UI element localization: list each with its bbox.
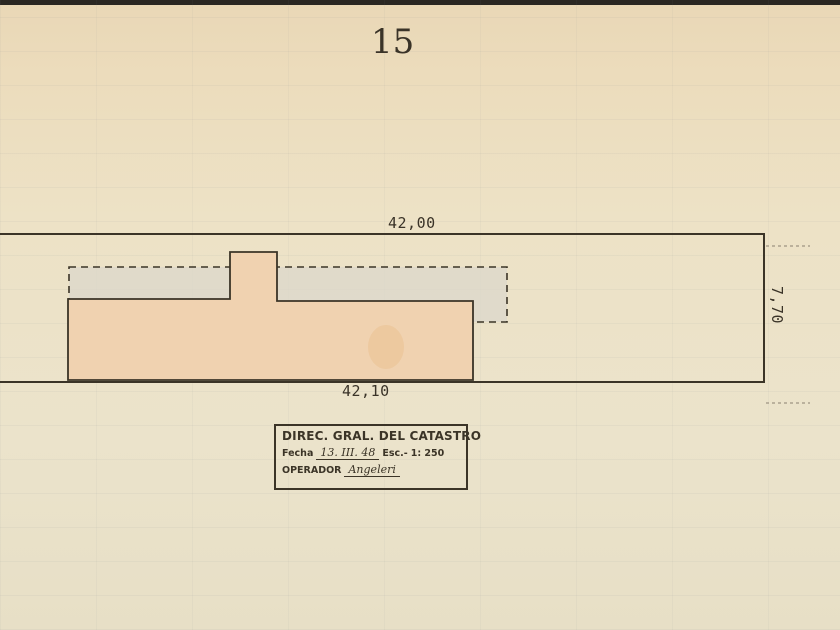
top-frontage-dimension: 42,00 [388, 214, 436, 232]
fecha-value: 13. III. 48 [316, 446, 379, 460]
escala-label: Esc.- [382, 448, 407, 459]
operador-value: Angeleri [344, 463, 399, 477]
bottom-frontage-dimension: 42,10 [342, 382, 390, 400]
stamp-operator-row: OPERADOR Angeleri [282, 463, 460, 477]
plot-plan-drawing [0, 0, 840, 630]
stain [368, 325, 404, 369]
cadastre-stamp: DIREC. GRAL. DEL CATASTRO Fecha 13. III.… [274, 424, 468, 490]
stamp-title: DIREC. GRAL. DEL CATASTRO [282, 429, 460, 443]
operador-label: OPERADOR [282, 465, 341, 476]
fecha-label: Fecha [282, 448, 313, 459]
side-depth-dimension: 7,70 [768, 286, 786, 324]
escala-value: 1: 250 [411, 448, 445, 459]
stamp-date-scale-row: Fecha 13. III. 48 Esc.- 1: 250 [282, 446, 460, 460]
